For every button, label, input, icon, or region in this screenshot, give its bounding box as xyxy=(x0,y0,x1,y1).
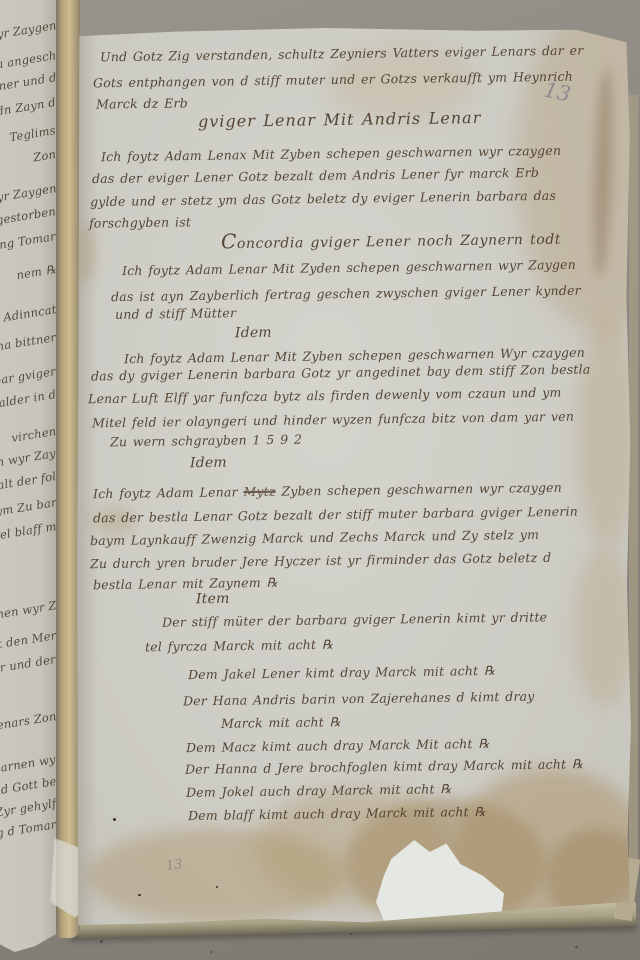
manuscript-line: Marck dz Erb xyxy=(96,95,188,111)
page-block-right-edge xyxy=(629,95,638,875)
left-page-fragment: walder in d xyxy=(0,387,57,411)
struck-word: Mytz xyxy=(243,484,275,499)
manuscript-line: Der Hanna d Jere brochfoglen kimt dray M… xyxy=(185,756,583,777)
manuscript-line: Und Gotz Zig verstanden, schultz Zeynier… xyxy=(100,43,584,65)
manuscript-line: Zu durch yren bruder Jere Hyczer ist yr … xyxy=(90,550,551,571)
manuscript-line: Ich foytz Adam Lenax Mit Zyben schepen g… xyxy=(101,143,561,164)
gutter-fold xyxy=(56,0,80,938)
left-page-fragment: ha bittner xyxy=(0,330,57,353)
section-heading: gviger Lenar Mit Andris Lenar xyxy=(198,108,482,131)
manuscript-line: forschgyben ist xyxy=(89,214,191,230)
manuscript-line: Marck mit acht ℞ xyxy=(221,714,341,731)
left-page-fragment: bar gviger xyxy=(0,364,57,388)
manuscript-line: Gots entphangen von d stiff muter und er… xyxy=(93,69,573,91)
left-page-fragment: Zon xyxy=(32,147,57,164)
page-number-pencil-bottom: 13 xyxy=(165,857,183,874)
left-page-fragment: bezalt der fol xyxy=(0,469,57,495)
manuscript-line: Dem Macz kimt auch dray Marck Mit acht ℞ xyxy=(186,736,490,755)
manuscript-line: Ich foytz Adam Lenar Mytz Zyben schepen … xyxy=(93,480,562,502)
manuscript-line: Dem Jokel auch dray Marck mit acht ℞ xyxy=(186,781,452,800)
left-page-fragment: bittner und d xyxy=(0,70,57,96)
dust-speck xyxy=(210,951,212,953)
left-page-fragment: Vice Adinncat xyxy=(0,302,57,329)
manuscript-line: das der bestla Lenar Gotz bezalt der sti… xyxy=(93,504,578,526)
item-marker: Idem xyxy=(190,455,227,472)
manuscript-line: bestla Lenar mit Zaynem ℞ xyxy=(93,575,278,593)
dust-speck xyxy=(575,946,578,948)
left-page-fragment: wil Lang Tomar xyxy=(0,229,57,257)
dust-speck xyxy=(350,933,352,935)
manuscript-photo: wyr Zaygen Zofia angesch bittner und d n… xyxy=(0,0,640,960)
manuscript-line: Der stiff müter der barbara gviger Lener… xyxy=(162,609,547,629)
left-page-fragment: Nikel blaff m xyxy=(0,519,57,545)
manuscript-line: das ist ayn Zayberlich fertrag geschen z… xyxy=(111,283,581,305)
manuscript-line: Dem blaff kimt auch dray Marck mit acht … xyxy=(188,804,486,823)
main-page: Und Gotz Zig verstanden, schultz Zeynier… xyxy=(76,28,632,925)
left-page-fragment: Teglims xyxy=(9,123,57,144)
left-page-fragment: glyster und der xyxy=(0,652,57,680)
manuscript-line: Dem Jakel Lener kimt dray Marck mit acht… xyxy=(188,663,496,682)
manuscript-line: Der Hana Andris barin von Zajerehanes d … xyxy=(183,689,535,709)
manuscript-line: und d stiff Mütter xyxy=(115,305,236,322)
manuscript-line: Mitel feld ier olayngeri und hinder wyze… xyxy=(92,409,574,431)
left-page-fragment: ldg d Tomar xyxy=(0,817,57,842)
left-page-fragment: nadn Zayn d xyxy=(0,95,57,121)
left-page-fragment: Casper Lenars Zon xyxy=(0,709,57,741)
item-marker: Item xyxy=(196,591,230,607)
struck-line-pre: Ich foytz Adam Lenar xyxy=(93,484,244,501)
manuscript-line: Zu wern schgrayben 1 5 9 2 xyxy=(110,432,302,450)
manuscript-text: Und Gotz Zig verstanden, schultz Zeynier… xyxy=(76,28,632,925)
page-number-pencil-top: 13 xyxy=(542,77,573,106)
manuscript-line: gylde und er stetz ym das Gotz beletz dy… xyxy=(90,188,556,210)
item-marker: Idem xyxy=(235,325,272,342)
struck-line-post: Zyben schepen geschwarnen wyr czaygen xyxy=(276,480,562,499)
left-page-fragment: warnen wyr Z xyxy=(0,598,57,625)
left-page-fragment: nem ℞ xyxy=(15,262,57,282)
left-page-fragment: virchen xyxy=(10,424,57,445)
manuscript-line: Lenar Luft Elff yar funfcza bytz als fir… xyxy=(88,385,562,407)
dust-speck xyxy=(100,940,103,943)
manuscript-line: baym Laynkauff Zwenzig Marck und Zechs M… xyxy=(90,527,539,548)
manuscript-line: tel fyrcza Marck mit acht ℞ xyxy=(145,637,333,655)
left-page-fragment: wyr Zaygen xyxy=(0,18,57,43)
manuscript-line: das der eviger Lener Gotz bezalt dem And… xyxy=(92,165,539,186)
manuscript-line: Ich foytz Adam Lenar Mit Zyden schepen g… xyxy=(122,257,576,278)
left-page: wyr Zaygen Zofia angesch bittner und d n… xyxy=(0,0,58,952)
section-heading: Concordia gviger Lener noch Zaynern todt xyxy=(221,225,561,254)
